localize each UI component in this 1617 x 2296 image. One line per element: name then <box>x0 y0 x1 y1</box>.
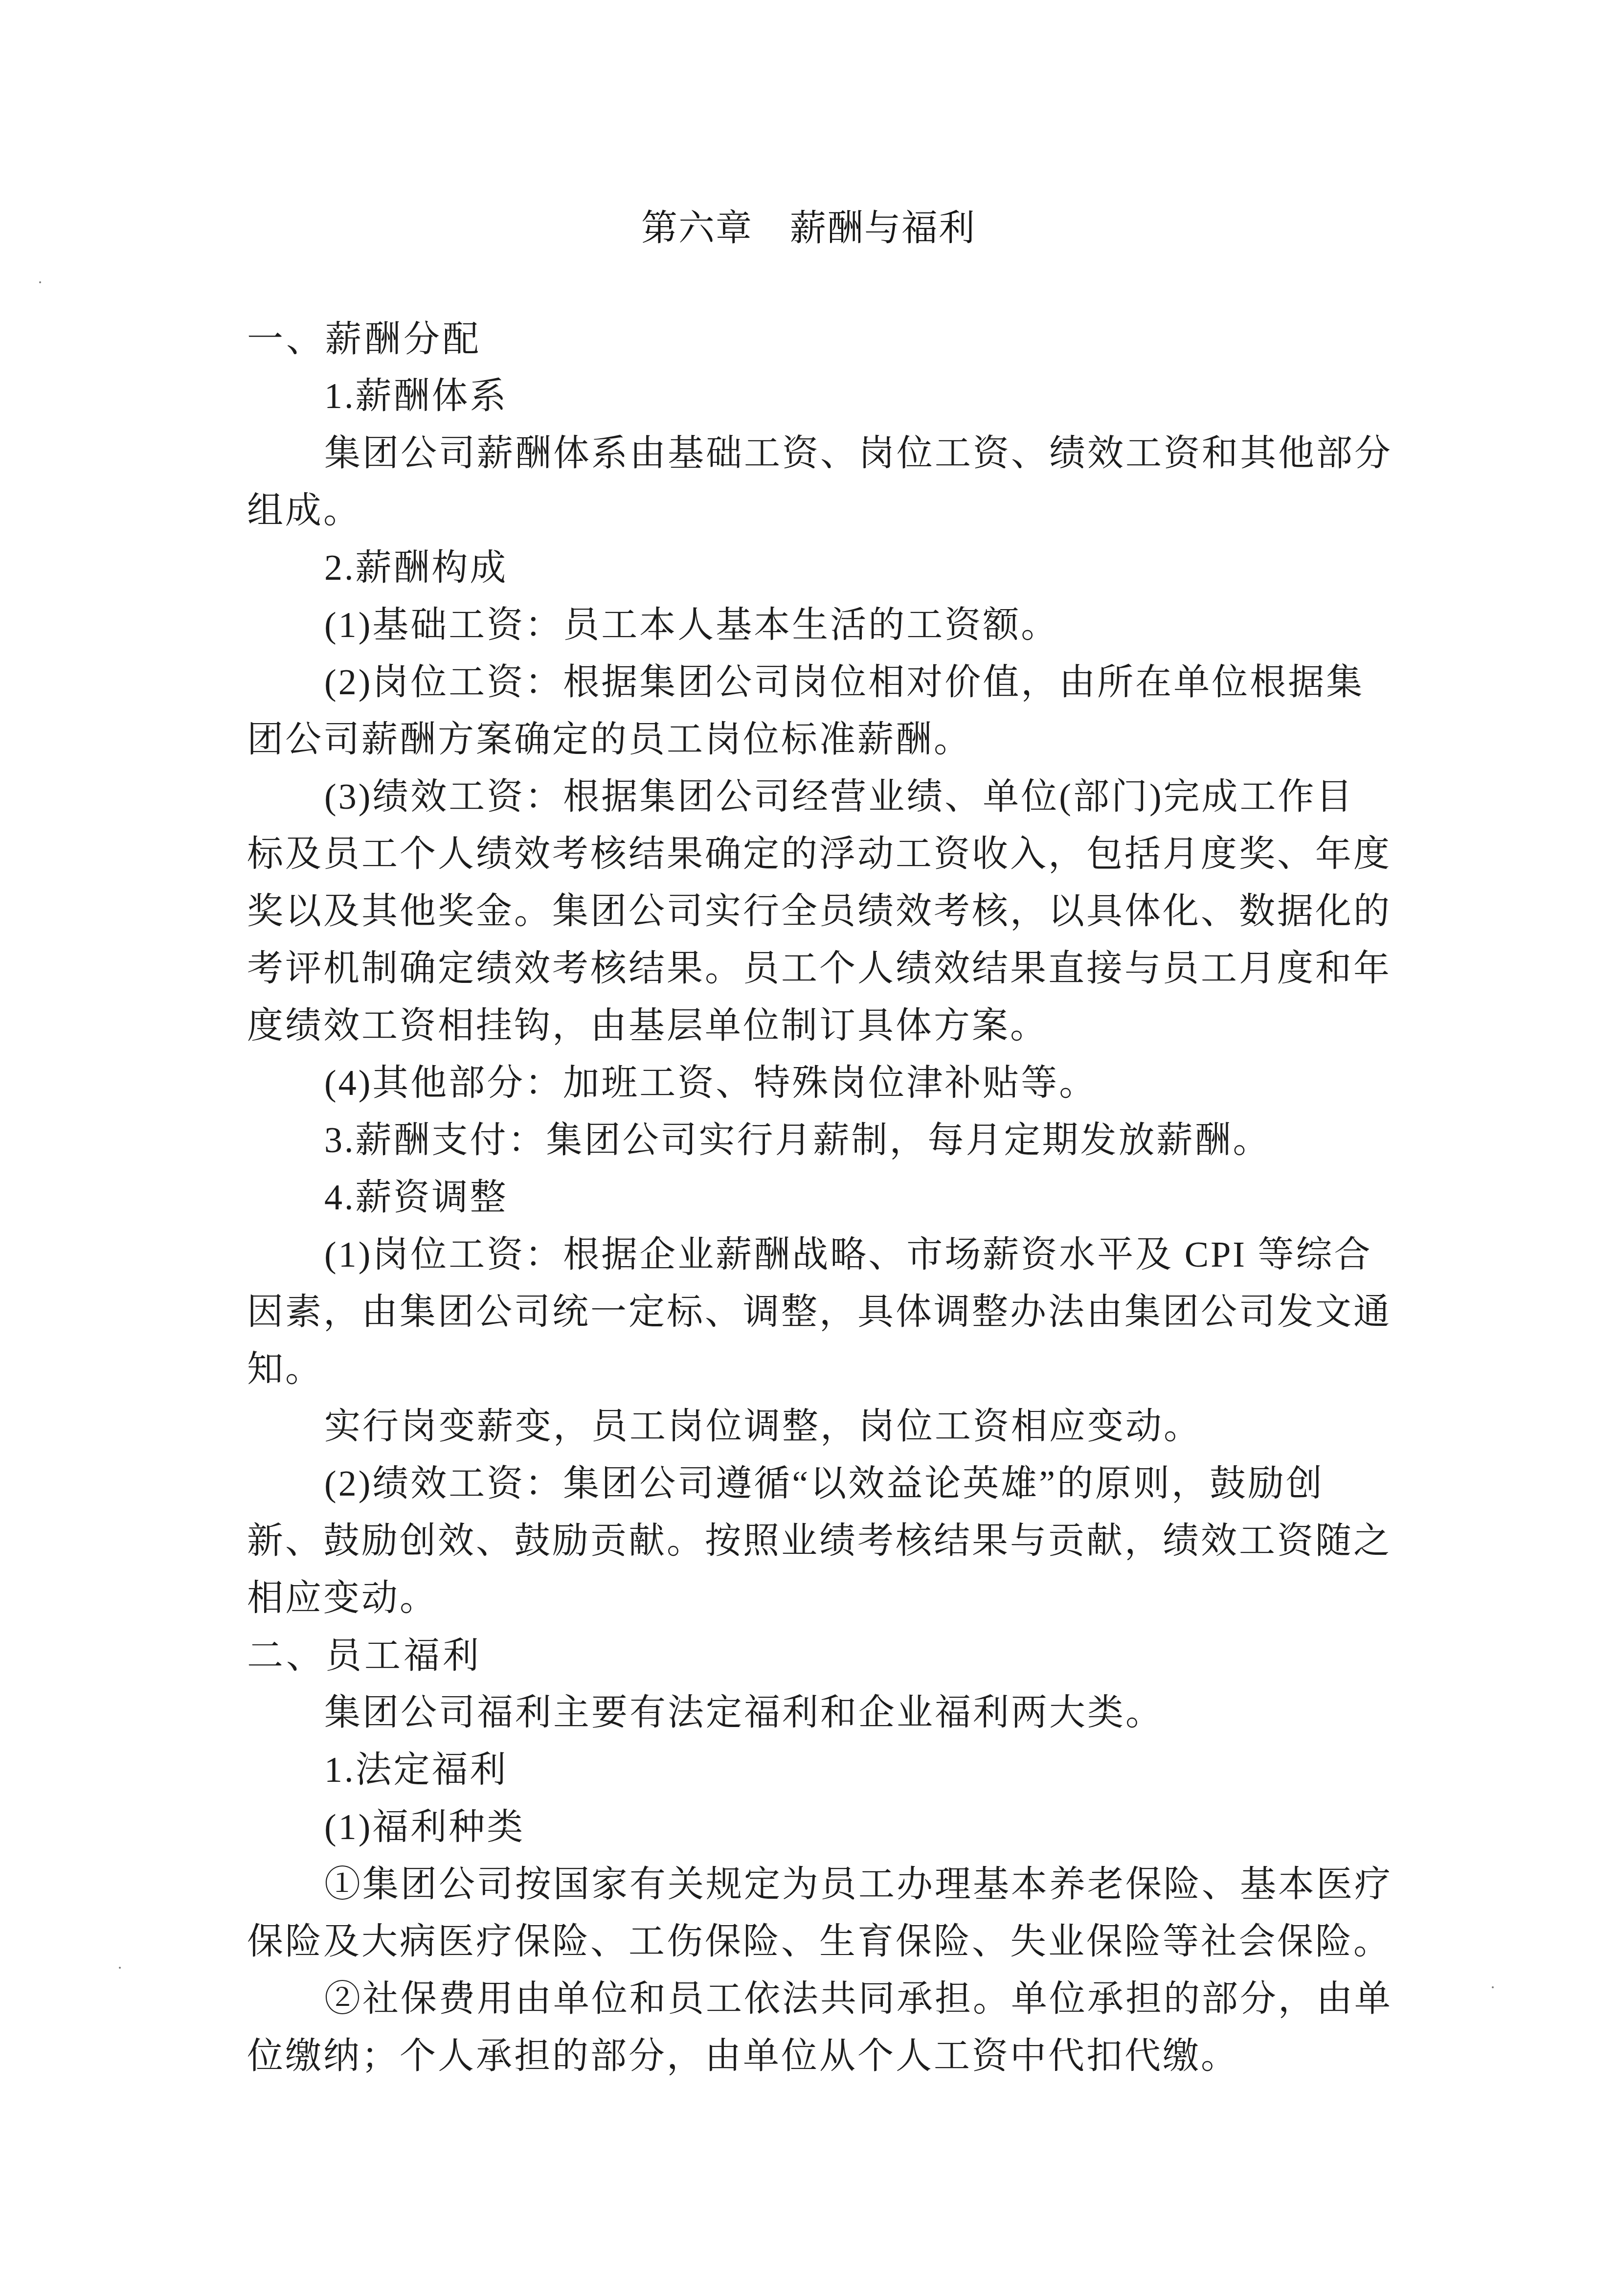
paragraph-line: ①集团公司按国家有关规定为员工办理基本养老保险、基本医疗 <box>247 1861 1377 1918</box>
document-page: 第六章 薪酬与福利 一、薪酬分配 1.薪酬体系 集团公司薪酬体系由基础工资、岗位… <box>0 0 1617 2296</box>
scan-speck <box>1492 1986 1494 1988</box>
paragraph-line: (2)绩效工资：集团公司遵循“以效益论英雄”的原则，鼓励创 <box>247 1460 1377 1518</box>
paragraph-line: (1)岗位工资：根据企业薪酬战略、市场薪资水平及 CPI 等综合 <box>247 1231 1377 1289</box>
document-body: 一、薪酬分配 1.薪酬体系 集团公司薪酬体系由基础工资、岗位工资、绩效工资和其他… <box>247 316 1377 2090</box>
section-heading-salary-distribution: 一、薪酬分配 <box>247 316 1377 373</box>
paragraph-line: 因素，由集团公司统一定标、调整，具体调整办法由集团公司发文通 <box>247 1289 1377 1346</box>
scan-speck <box>39 281 41 283</box>
chapter-title: 第六章 薪酬与福利 <box>0 205 1617 251</box>
paragraph-line: 度绩效工资相挂钩，由基层单位制订具体方案。 <box>247 1002 1377 1060</box>
paragraph-line: 团公司薪酬方案确定的员工岗位标准薪酬。 <box>247 716 1377 773</box>
paragraph-line: 新、鼓励创效、鼓励贡献。按照业绩考核结果与贡献，绩效工资随之 <box>247 1518 1377 1575</box>
paragraph-line: (1)基础工资：员工本人基本生活的工资额。 <box>247 602 1377 659</box>
paragraph-line: 位缴纳；个人承担的部分，由单位从个人工资中代扣代缴。 <box>247 2033 1377 2090</box>
paragraph-line: ②社保费用由单位和员工依法共同承担。单位承担的部分，由单 <box>247 1976 1377 2033</box>
paragraph-line: 3.薪酬支付：集团公司实行月薪制，每月定期发放薪酬。 <box>247 1117 1377 1174</box>
scan-speck <box>119 1967 121 1969</box>
paragraph-line: 考评机制确定绩效考核结果。员工个人绩效结果直接与员工月度和年 <box>247 945 1377 1002</box>
paragraph-line: 保险及大病医疗保险、工伤保险、生育保险、失业保险等社会保险。 <box>247 1918 1377 1976</box>
paragraph-line: 集团公司福利主要有法定福利和企业福利两大类。 <box>247 1689 1377 1747</box>
subheading-benefit-types: (1)福利种类 <box>247 1804 1377 1861</box>
paragraph-line: (2)岗位工资：根据集团公司岗位相对价值，由所在单位根据集 <box>247 659 1377 716</box>
subheading-salary-adjustment: 4.薪资调整 <box>247 1174 1377 1231</box>
section-heading-employee-benefits: 二、员工福利 <box>247 1632 1377 1689</box>
subheading-salary-structure: 2.薪酬构成 <box>247 545 1377 602</box>
subheading-statutory-benefits: 1.法定福利 <box>247 1747 1377 1804</box>
paragraph-line: 标及员工个人绩效考核结果确定的浮动工资收入，包括月度奖、年度 <box>247 831 1377 888</box>
paragraph-line: 组成。 <box>247 487 1377 545</box>
paragraph-line: 集团公司薪酬体系由基础工资、岗位工资、绩效工资和其他部分 <box>247 430 1377 487</box>
subheading-salary-system: 1.薪酬体系 <box>247 373 1377 430</box>
paragraph-line: (3)绩效工资：根据集团公司经营业绩、单位(部门)完成工作目 <box>247 773 1377 831</box>
paragraph-line: (4)其他部分：加班工资、特殊岗位津补贴等。 <box>247 1060 1377 1117</box>
paragraph-line: 奖以及其他奖金。集团公司实行全员绩效考核，以具体化、数据化的 <box>247 888 1377 945</box>
paragraph-line: 实行岗变薪变，员工岗位调整，岗位工资相应变动。 <box>247 1403 1377 1460</box>
paragraph-line: 知。 <box>247 1346 1377 1403</box>
paragraph-line: 相应变动。 <box>247 1575 1377 1632</box>
